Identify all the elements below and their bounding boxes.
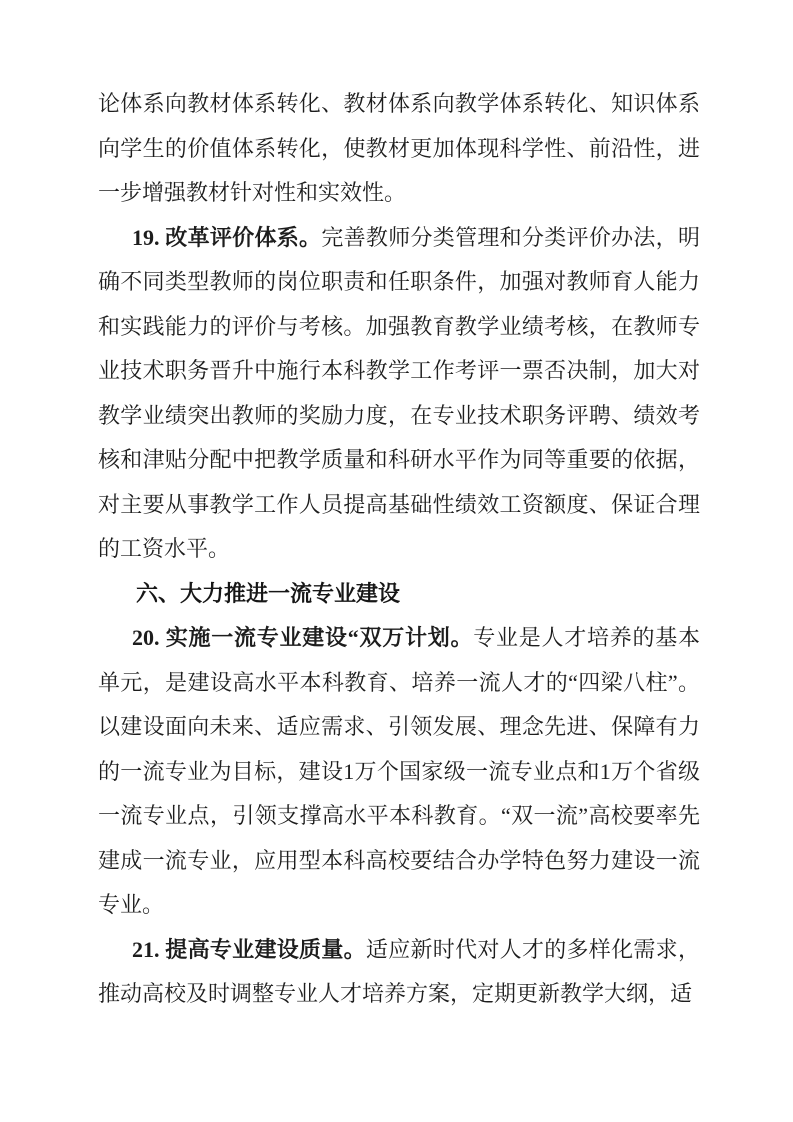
paragraph-21-lead: 21. 提高专业建设质量。 xyxy=(132,937,366,962)
paragraph-20-text: 专业是人才培养的基本单元，是建设高水平本科教育、培养一流人才的“四梁八柱”。以建… xyxy=(98,625,700,917)
section-heading-6: 六、大力推进一流专业建设 xyxy=(98,572,700,617)
paragraph-continuation: 论体系向教材体系转化、教材体系向教学体系转化、知识体系向学生的价值体系转化，使教… xyxy=(98,82,700,216)
paragraph-19-text: 完善教师分类管理和分类评价办法，明确不同类型教师的岗位职责和任职条件，加强对教师… xyxy=(98,225,700,562)
document-page: 论体系向教材体系转化、教材体系向教学体系转化、知识体系向学生的价值体系转化，使教… xyxy=(0,0,793,1122)
document-content: 论体系向教材体系转化、教材体系向教学体系转化、知识体系向学生的价值体系转化，使教… xyxy=(98,82,700,1017)
paragraph-21: 21. 提高专业建设质量。适应新时代对人才的多样化需求，推动高校及时调整专业人才… xyxy=(98,928,700,1017)
paragraph-19: 19. 改革评价体系。完善教师分类管理和分类评价办法，明确不同类型教师的岗位职责… xyxy=(98,216,700,572)
paragraph-20: 20. 实施一流专业建设“双万计划。专业是人才培养的基本单元，是建设高水平本科教… xyxy=(98,616,700,928)
paragraph-19-lead: 19. 改革评价体系。 xyxy=(132,225,321,250)
paragraph-20-lead: 20. 实施一流专业建设“双万计划。 xyxy=(132,625,473,650)
